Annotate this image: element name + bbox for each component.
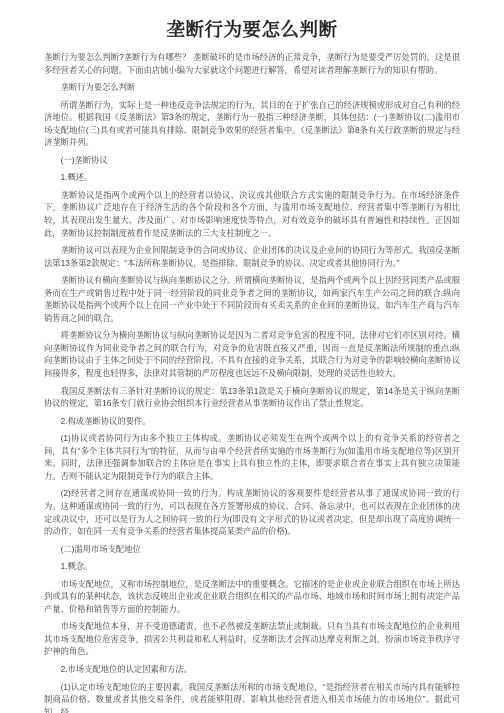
paragraph-dominance-concept: 市场支配地位，又称市场控制地位，是反垄断法中的重要概念。它描述的是企业或企业联合… (44, 578, 460, 616)
article-page: 垄断行为要怎么判断 垄断行为要怎么判断?垄断行为有哪些？ 垄断破坏的是市场经济的… (0, 0, 504, 713)
heading-abuse-dominance: (二)滥用市场支配地位 (44, 543, 460, 556)
heading-determination-method: 2.市场支配地位的认定因素和方法。 (44, 663, 460, 676)
paragraph-harm-difference: 将垄断协议分为横向垄断协议与纵向垄断协议是因为二者对竞争危害的程度不同，法律对它… (44, 329, 460, 379)
paragraph-determination-factors: (1)认定市场支配地位的主要因素。我国反垄断法所称的市场支配地位，“是指经营者在… (44, 681, 460, 713)
paragraph-horizontal-vertical: 垄断协议有横向垄断协议与纵向垄断协议之分。所谓横向垄断协议，是指两个或两个以上因… (44, 274, 460, 324)
heading-concept: 1.概念。 (44, 560, 460, 573)
paragraph-dominance-itself: 市场支配地位本身，并不受道德谴责，也不必然被反垄断法禁止或制裁。只有当具有市场支… (44, 620, 460, 658)
heading-monopoly-agreement: (一)垄断协议 (44, 154, 460, 167)
paragraph-agreement-forms: 垄断协议可以表现为企业间限制竞争的合同或协议、企业团体的决议及企业间的协同行为等… (44, 244, 460, 269)
section-heading-main: 垄断行为要怎么判断 (44, 81, 460, 94)
heading-overview: 1.概述。 (44, 171, 460, 184)
heading-agreement-elements: 2.构成垄断协议的要件。 (44, 415, 460, 428)
paragraph-element-2: (2)经营者之间存在通谋或协同一致的行为。构成垄断协议的客观要件是经营者从事了通… (44, 487, 460, 537)
paragraph-law-articles: 我国反垄断法有三条针对垄断协议的规定：第13条第1款是关于横向垄断协议的规定，第… (44, 385, 460, 410)
page-title: 垄断行为要怎么判断 (44, 16, 460, 44)
paragraph-definition: 所谓垄断行为，实际上是一种违反竞争法规定的行为，其目的在于扩张自己的经济规模或形… (44, 99, 460, 149)
paragraph-element-1: (1)协议或者协同行为由多个独立主体构成。垄断协议必须发生在两个或两个以上的有竞… (44, 432, 460, 482)
intro-paragraph: 垄断行为要怎么判断?垄断行为有哪些？ 垄断破坏的是市场经济的正常竞争，垄断行为是… (44, 51, 460, 76)
paragraph-agreement-overview: 垄断协议是指两个或两个以上的经营者以协议、决议或其他联合方式实施的限制竞争行为。… (44, 189, 460, 239)
